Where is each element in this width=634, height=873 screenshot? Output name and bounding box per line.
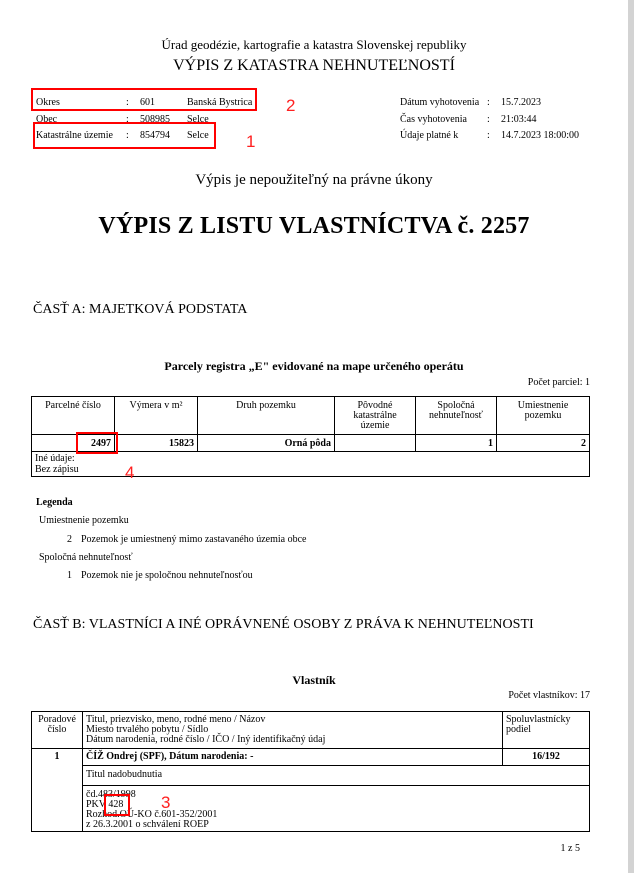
owner-count: Počet vlastníkov: 17 (508, 690, 590, 701)
annotation-label: 4 (125, 463, 134, 483)
column-header: Poradové číslo (32, 712, 83, 749)
title-of-acquisition-label: Titul nadobudnutia (83, 766, 590, 786)
legend-title: Legenda (36, 497, 73, 508)
column-header: Druh pozemku (198, 397, 335, 435)
annotation-box-pkv (104, 794, 130, 816)
common-property: 1 (416, 435, 497, 452)
annotation-label: 3 (161, 793, 170, 813)
column-header: Výmera v m² (115, 397, 198, 435)
parcels-subtitle: Parcely registra „E" evidované na mape u… (0, 359, 628, 374)
column-header: Pôvodné katastrálne územie (335, 397, 416, 435)
owner-order: 1 (32, 749, 83, 832)
other-data-row: Iné údaje: Bez zápisu (32, 452, 590, 477)
other-data-label: Iné údaje: (35, 453, 586, 464)
main-title: VÝPIS Z LISTU VLASTNÍCTVA č. 2257 (0, 213, 628, 240)
part-b-heading: ČASŤ B: VLASTNÍCI A INÉ OPRÁVNENÉ OSOBY … (33, 617, 534, 633)
legend-code: 2 (67, 534, 72, 545)
owners-subtitle: Vlastník (0, 673, 628, 688)
parcel-count: Počet parciel: 1 (528, 377, 590, 388)
document-type: VÝPIS Z KATASTRA NEHNUTEĽNOSTÍ (0, 57, 628, 75)
land-type: Orná pôda (198, 435, 335, 452)
separator: : (487, 130, 490, 141)
title-of-acquisition: čd.483/1998 PKV 428 Rozhod.OÚ-KO č.601-3… (83, 786, 590, 832)
owner-share: 16/192 (503, 749, 590, 766)
annotation-box-district (31, 88, 257, 111)
column-header-line: Dátum narodenia, rodné číslo / IČO / Iný… (86, 735, 499, 745)
other-data: Iné údaje: Bez zápisu (32, 452, 590, 477)
office-name: Úrad geodézie, kartografie a katastra Sl… (0, 37, 628, 53)
issue-time: 21:03:44 (501, 114, 537, 125)
column-header: Spoločná nehnuteľnosť (416, 397, 497, 435)
legend-text: Pozemok nie je spoločnou nehnuteľnosťou (81, 570, 253, 581)
legend-group: Umiestnenie pozemku (39, 515, 129, 526)
separator: : (487, 114, 490, 125)
part-a-heading: ČASŤ A: MAJETKOVÁ PODSTATA (33, 302, 247, 318)
title-label-row: Titul nadobudnutia (32, 766, 590, 786)
owner-name: ČÍŽ Ondrej (SPF), Dátum narodenia: - (83, 749, 503, 766)
column-header: Spoluvlastnícky podiel (503, 712, 590, 749)
valid-as-of: 14.7.2023 18:00:00 (501, 130, 579, 141)
column-header: Parcelné číslo (32, 397, 115, 435)
parcel-area: 15823 (115, 435, 198, 452)
other-data-value: Bez zápisu (35, 464, 586, 475)
land-location: 2 (497, 435, 590, 452)
issue-label: Dátum vyhotovenia (400, 97, 479, 108)
table-row: 1 ČÍŽ Ondrej (SPF), Dátum narodenia: - 1… (32, 749, 590, 766)
scrollbar[interactable] (628, 0, 634, 873)
annotation-box-cadastral (33, 122, 216, 149)
annotation-label: 1 (246, 132, 255, 152)
original-cadastral-area (335, 435, 416, 452)
table-header-row: Poradové číslo Titul, priezvisko, meno, … (32, 712, 590, 749)
table-header-row: Parcelné číslo Výmera v m² Druh pozemku … (32, 397, 590, 435)
column-header: Titul, priezvisko, meno, rodné meno / Ná… (83, 712, 503, 749)
issue-date: 15.7.2023 (501, 97, 541, 108)
legal-notice: Výpis je nepoužiteľný na právne úkony (0, 172, 628, 189)
title-line: z 26.3.2001 o schválení ROEP (86, 820, 586, 830)
page-indicator: 1 z 5 (561, 843, 580, 854)
legend-text: Pozemok je umiestnený mimo zastavaného ú… (81, 534, 306, 545)
annotation-box-parcel (76, 432, 118, 454)
column-header: Umiestnenie pozemku (497, 397, 590, 435)
legend-code: 1 (67, 570, 72, 581)
annotation-label: 2 (286, 96, 295, 116)
legend-group: Spoločná nehnuteľnosť (39, 552, 133, 563)
separator: : (487, 97, 490, 108)
issue-label: Čas vyhotovenia (400, 114, 467, 125)
issue-label: Údaje platné k (400, 130, 458, 141)
